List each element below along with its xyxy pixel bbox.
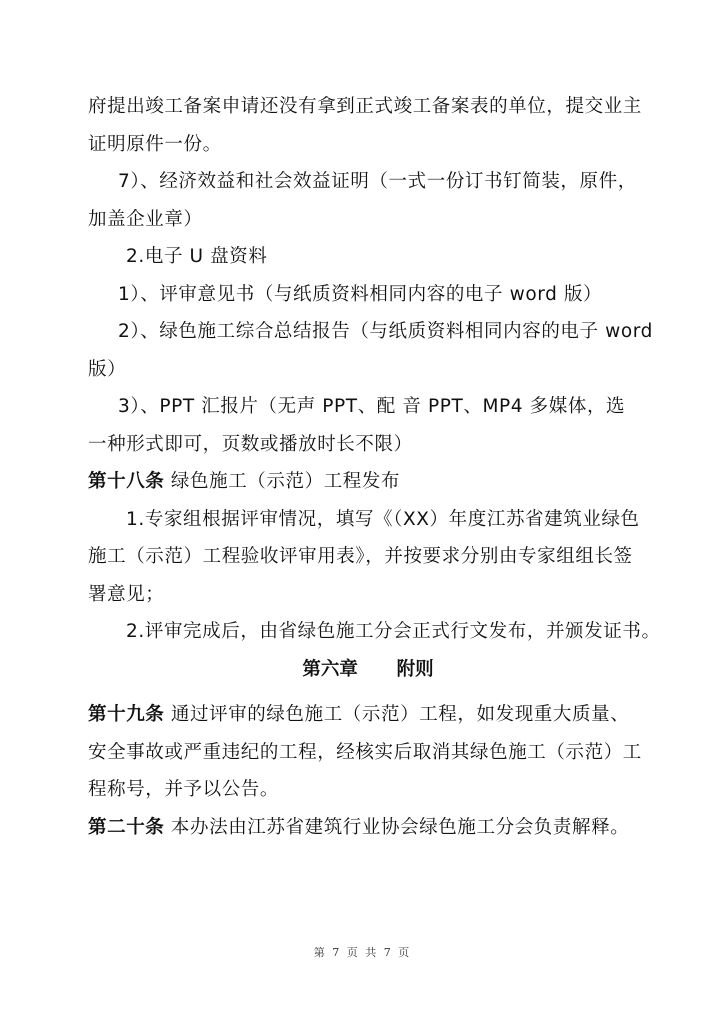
paragraph-line: 证明原件一份。 [88, 126, 648, 164]
article-18-item-2: 2.评审完成后，由省绿色施工分会正式行文发布，并颁发证书。 [88, 613, 648, 651]
list-item-7: 7）、经济效益和社会效益证明（一式一份订书钉简装，原件， [88, 163, 648, 201]
document-page: 府提出竣工备案申请还没有拿到正式竣工备案表的单位，提交业主 证明原件一份。 7）… [0, 0, 725, 1024]
article-18-heading-line: 第十八条 绿色施工（示范）工程发布 [88, 463, 648, 501]
paragraph-line: 一种形式即可，页数或播放时长不限） [88, 426, 648, 464]
section-heading-usb-materials: 2.电子 U 盘资料 [88, 238, 648, 276]
list-item-1: 1）、评审意见书（与纸质资料相同内容的电子 word 版） [88, 276, 648, 314]
article-20-number: 第二十条 [88, 817, 164, 838]
paragraph-line: 安全事故或严重违纪的工程，经核实后取消其绿色施工（示范）工 [88, 734, 648, 772]
article-19-heading-line: 第十九条 通过评审的绿色施工（示范）工程，如发现重大质量、 [88, 696, 648, 734]
article-18-title: 绿色施工（示范）工程发布 [171, 471, 400, 492]
article-18-number: 第十八条 [88, 471, 164, 492]
paragraph-line: 施工（示范）工程验收评审用表》，并按要求分别由专家组组长签 [88, 538, 648, 576]
article-20-text: 本办法由江苏省建筑行业协会绿色施工分会负责解释。 [171, 817, 629, 838]
paragraph-line: 版） [88, 351, 648, 389]
list-item-2: 2）、绿色施工综合总结报告（与纸质资料相同内容的电子 word [88, 313, 648, 351]
paragraph-line: 署意见； [88, 576, 648, 614]
spacer [88, 688, 648, 696]
paragraph-line: 府提出竣工备案申请还没有拿到正式竣工备案表的单位，提交业主 [88, 88, 648, 126]
chapter-title: 附则 [397, 659, 434, 680]
article-19-text: 通过评审的绿色施工（示范）工程，如发现重大质量、 [171, 704, 629, 725]
article-19-number: 第十九条 [88, 704, 164, 725]
chapter-number: 第六章 [302, 659, 358, 680]
article-20-line: 第二十条 本办法由江苏省建筑行业协会绿色施工分会负责解释。 [88, 809, 648, 847]
document-body: 府提出竣工备案申请还没有拿到正式竣工备案表的单位，提交业主 证明原件一份。 7）… [88, 88, 648, 846]
paragraph-line: 程称号，并予以公告。 [88, 771, 648, 809]
list-item-3: 3）、PPT 汇报片（无声 PPT、配 音 PPT、MP4 多媒体，选 [88, 388, 648, 426]
chapter-heading: 第六章 附则 [88, 651, 648, 689]
article-18-item-1: 1.专家组根据评审情况，填写《（XX）年度江苏省建筑业绿色 [88, 501, 648, 539]
paragraph-line: 加盖企业章） [88, 201, 648, 239]
page-number-footer: 第 7 页 共 7 页 [0, 944, 725, 960]
